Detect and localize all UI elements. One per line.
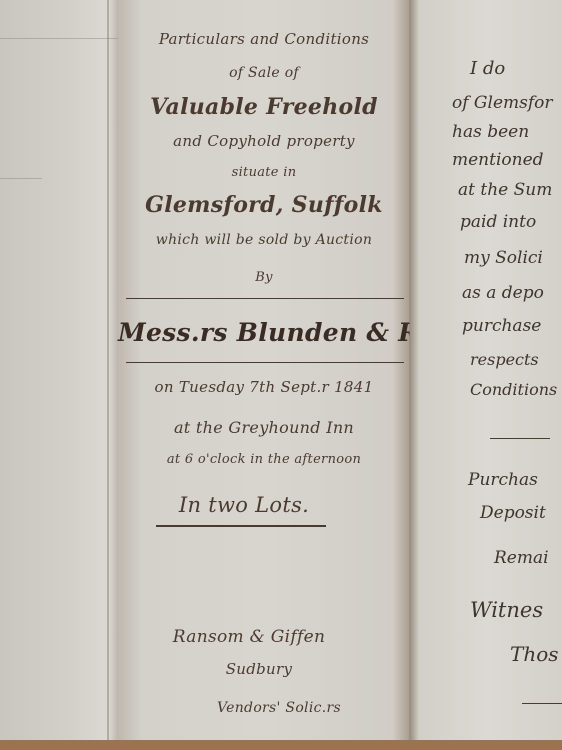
right-line: paid into [460,212,536,232]
venue: at the Greyhound Inn [118,418,410,437]
right-panel: I do of Glemsfor has been mentioned at t… [410,0,562,740]
lots: In two Lots. [78,493,410,517]
divider [490,438,550,439]
right-line: my Solici [464,248,543,268]
sale-date: on Tuesday 7th Sept.r 1841 [118,378,410,396]
sale-method: which will be sold by Auction [118,232,410,248]
divider [126,298,404,299]
right-line: of Glemsfor [452,93,553,113]
table-surface [0,740,562,750]
right-line: Witnes [470,598,543,622]
solicitors-role: Vendors' Solic.rs [148,700,410,716]
right-line: as a depo [462,283,544,303]
right-line: purchase [462,316,541,336]
ink-mark [0,178,42,179]
right-line: I do [470,58,505,79]
divider [522,703,562,704]
right-line: respects [470,350,539,369]
by-label: By [118,270,410,285]
title-line-3: Valuable Freehold [118,94,410,120]
title-line-5: situate in [118,165,410,180]
solicitors-town: Sudbury [108,660,410,678]
right-line: mentioned [452,150,544,170]
right-line: Conditions [470,380,557,399]
underline [156,525,326,527]
right-line: Thos [510,642,559,666]
auctioneers: Mess.rs Blunden & Rolfe [118,318,410,347]
right-line: Deposit [480,503,546,523]
document-sheet: Particulars and Conditions of Sale of Va… [0,0,562,742]
divider [126,362,404,363]
title-line-2: of Sale of [118,65,410,81]
right-line: Purchas [468,470,538,490]
right-line: Remai [494,548,549,568]
center-panel: Particulars and Conditions of Sale of Va… [118,0,410,740]
right-line: has been [452,122,529,142]
sale-time: at 6 o'clock in the afternoon [118,452,410,467]
right-line: at the Sum [458,180,552,200]
title-line-1: Particulars and Conditions [118,30,410,48]
fold-crease [0,38,118,39]
title-line-4: and Copyhold property [118,132,410,150]
location: Glemsford, Suffolk [118,192,410,218]
solicitors: Ransom & Giffen [88,627,410,647]
